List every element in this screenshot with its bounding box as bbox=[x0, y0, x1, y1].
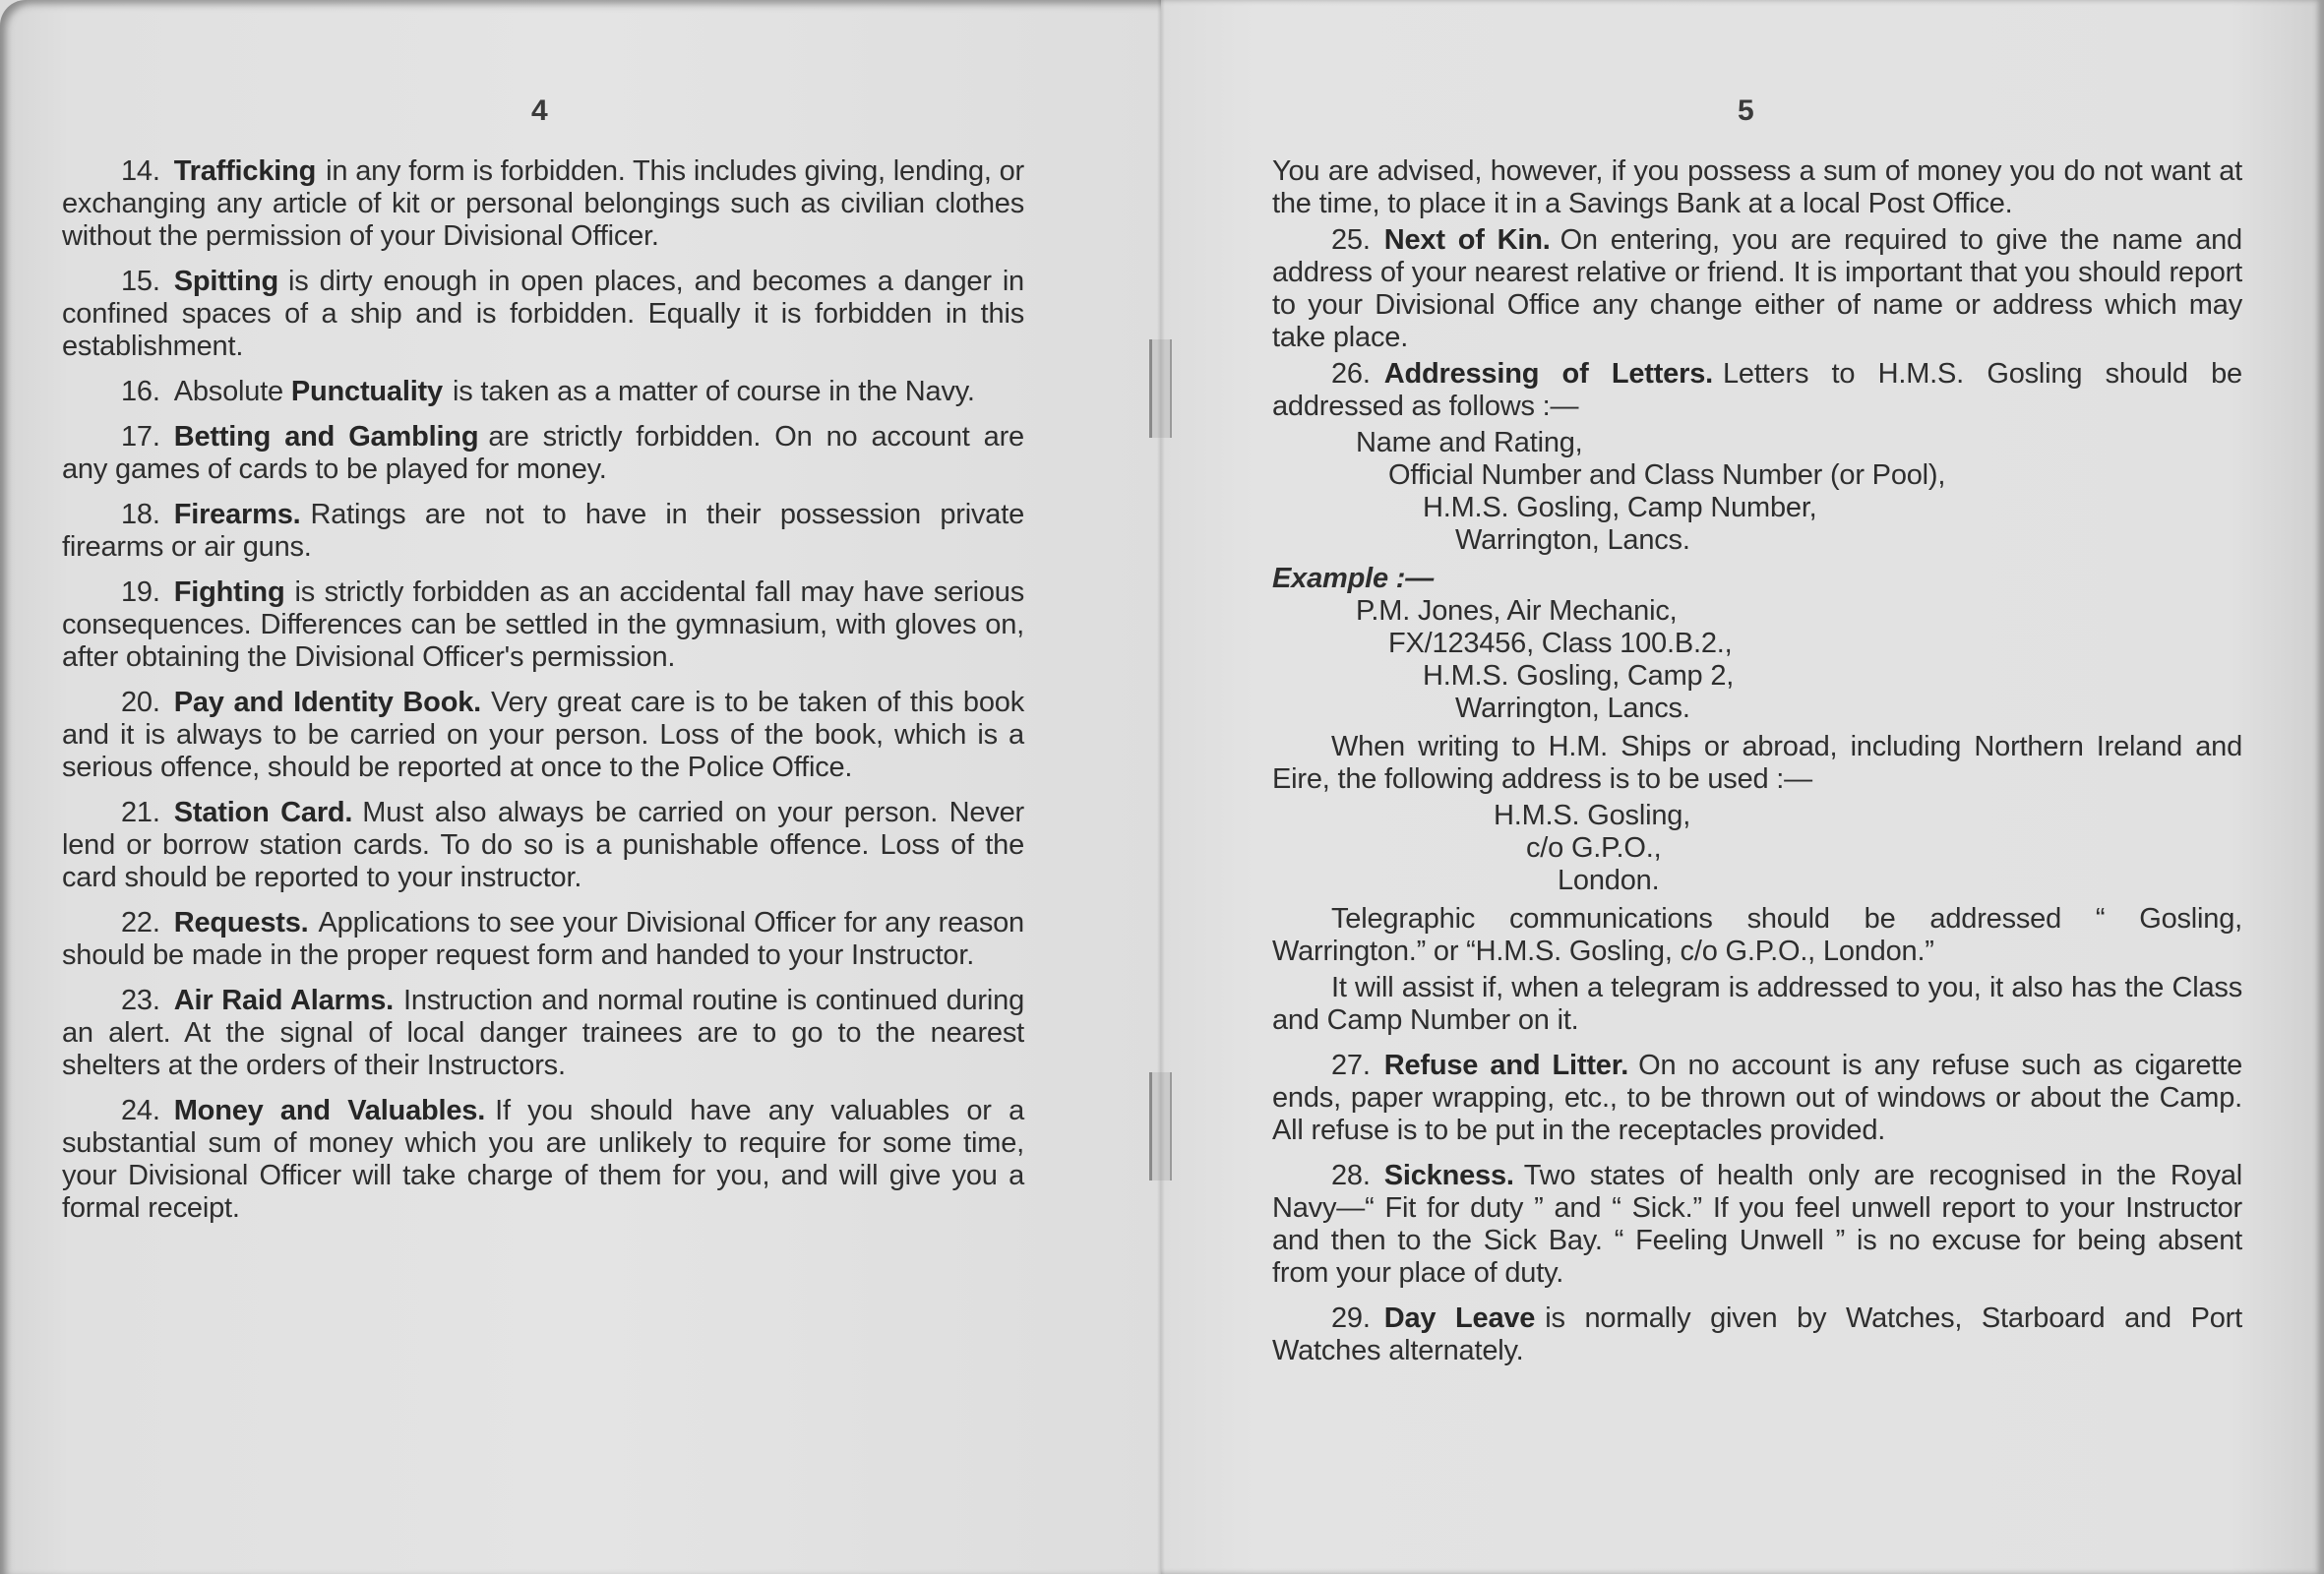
address-line: Warrington, Lancs. bbox=[1272, 524, 2242, 557]
rule-17-betting: 17.Betting and Gamblingare strictly forb… bbox=[62, 421, 1024, 486]
staple-bottom bbox=[1149, 1072, 1172, 1180]
address-line: H.M.S. Gosling, Camp Number, bbox=[1272, 492, 2242, 524]
rule-heading: Betting and Gambling bbox=[174, 421, 479, 453]
rule-29-day-leave: 29.Day Leaveis normally given by Watches… bbox=[1272, 1302, 2242, 1367]
rule-text: is taken as a matter of course in the Na… bbox=[453, 376, 975, 407]
rule-number: 24. bbox=[121, 1095, 160, 1126]
rule-28-sickness: 28.Sickness.Two states of health only ar… bbox=[1272, 1160, 2242, 1290]
booklet-spread: 4 5 14.Traffickingin any form is forbidd… bbox=[0, 0, 2324, 1574]
rule-18-firearms: 18.Firearms.Ratings are not to have in t… bbox=[62, 499, 1024, 564]
address-line: Official Number and Class Number (or Poo… bbox=[1272, 459, 2242, 492]
rule-heading: Station Card. bbox=[174, 797, 353, 828]
rule-15-spitting: 15.Spittingis dirty enough in open place… bbox=[62, 266, 1024, 363]
rule-number: 14. bbox=[121, 155, 160, 187]
rule-number: 19. bbox=[121, 576, 160, 608]
rule-number: 23. bbox=[121, 985, 160, 1016]
address-line: FX/123456, Class 100.B.2., bbox=[1272, 628, 2242, 660]
rule-22-requests: 22.Requests.Applications to see your Div… bbox=[62, 907, 1024, 972]
telegram-note: It will assist if, when a telegram is ad… bbox=[1272, 972, 2242, 1037]
address-line: P.M. Jones, Air Mechanic, bbox=[1272, 595, 2242, 628]
telegraphic-note: Telegraphic communications should be add… bbox=[1272, 903, 2242, 968]
rule-24-money: 24.Money and Valuables.If you should hav… bbox=[62, 1095, 1024, 1225]
rule-heading: Trafficking bbox=[174, 155, 316, 187]
rule-number: 22. bbox=[121, 907, 160, 938]
page-number-right: 5 bbox=[1738, 94, 1754, 128]
rule-26-addressing: 26.Addressing of Letters.Letters to H.M.… bbox=[1272, 358, 2242, 423]
rule-19-fighting: 19.Fightingis strictly forbidden as an a… bbox=[62, 576, 1024, 674]
rule-heading: Day Leave bbox=[1384, 1302, 1536, 1334]
rule-number: 18. bbox=[121, 499, 160, 530]
rule-21-station-card: 21.Station Card.Must also always be carr… bbox=[62, 797, 1024, 894]
staple-top bbox=[1149, 339, 1172, 438]
rule-heading: Spitting bbox=[174, 266, 278, 297]
address-line: London. bbox=[1272, 865, 2242, 897]
page-number-left: 4 bbox=[531, 94, 548, 128]
rule-heading: Sickness. bbox=[1384, 1160, 1514, 1191]
rule-number: 21. bbox=[121, 797, 160, 828]
rule-16-punctuality: 16.Absolute Punctualityis taken as a mat… bbox=[62, 376, 1024, 408]
rule-23-air-raid: 23.Air Raid Alarms.Instruction and norma… bbox=[62, 985, 1024, 1082]
rule-27-refuse: 27.Refuse and Litter.On no account is an… bbox=[1272, 1050, 2242, 1147]
rule-14-trafficking: 14.Traffickingin any form is forbidden. … bbox=[62, 155, 1024, 253]
rule-24-continuation: You are advised, however, if you possess… bbox=[1272, 155, 2242, 220]
rule-number: 26. bbox=[1331, 358, 1371, 390]
rule-number: 20. bbox=[121, 687, 160, 718]
address-format-block: Name and Rating, Official Number and Cla… bbox=[1272, 427, 2242, 557]
rule-heading: Addressing of Letters. bbox=[1384, 358, 1713, 390]
example-label: Example :— bbox=[1272, 563, 2242, 595]
left-page-text: 14.Traffickingin any form is forbidden. … bbox=[62, 155, 1024, 1238]
rule-heading: Air Raid Alarms. bbox=[174, 985, 394, 1016]
abroad-address-note: When writing to H.M. Ships or abroad, in… bbox=[1272, 731, 2242, 796]
rule-20-pay-book: 20.Pay and Identity Book.Very great care… bbox=[62, 687, 1024, 784]
rule-number: 25. bbox=[1331, 224, 1371, 256]
address-line: H.M.S. Gosling, Camp 2, bbox=[1272, 660, 2242, 693]
example-address-block: P.M. Jones, Air Mechanic, FX/123456, Cla… bbox=[1272, 595, 2242, 725]
booklet-spine bbox=[1157, 0, 1165, 1574]
rule-heading: Money and Valuables. bbox=[174, 1095, 485, 1126]
rule-heading: Punctuality bbox=[291, 376, 443, 407]
address-line: Name and Rating, bbox=[1272, 427, 2242, 459]
address-line: Warrington, Lancs. bbox=[1272, 693, 2242, 725]
rule-heading: Refuse and Litter. bbox=[1384, 1050, 1628, 1081]
rule-heading: Firearms. bbox=[174, 499, 301, 530]
rule-number: 16. bbox=[121, 376, 160, 407]
rule-heading: Pay and Identity Book. bbox=[174, 687, 481, 718]
rule-heading: Next of Kin. bbox=[1384, 224, 1551, 256]
rule-number: 29. bbox=[1331, 1302, 1371, 1334]
rule-25-next-of-kin: 25.Next of Kin.On entering, you are requ… bbox=[1272, 224, 2242, 354]
right-page-text: You are advised, however, if you possess… bbox=[1272, 155, 2242, 1380]
rule-text-prefix: Absolute bbox=[174, 376, 283, 407]
address-line: H.M.S. Gosling, bbox=[1272, 800, 2242, 832]
rule-number: 15. bbox=[121, 266, 160, 297]
rule-number: 28. bbox=[1331, 1160, 1371, 1191]
rule-number: 27. bbox=[1331, 1050, 1371, 1081]
gpo-address-block: H.M.S. Gosling, c/o G.P.O., London. bbox=[1272, 800, 2242, 897]
rule-heading: Requests. bbox=[174, 907, 309, 938]
rule-heading: Fighting bbox=[174, 576, 285, 608]
rule-number: 17. bbox=[121, 421, 160, 453]
address-line: c/o G.P.O., bbox=[1272, 832, 2242, 865]
